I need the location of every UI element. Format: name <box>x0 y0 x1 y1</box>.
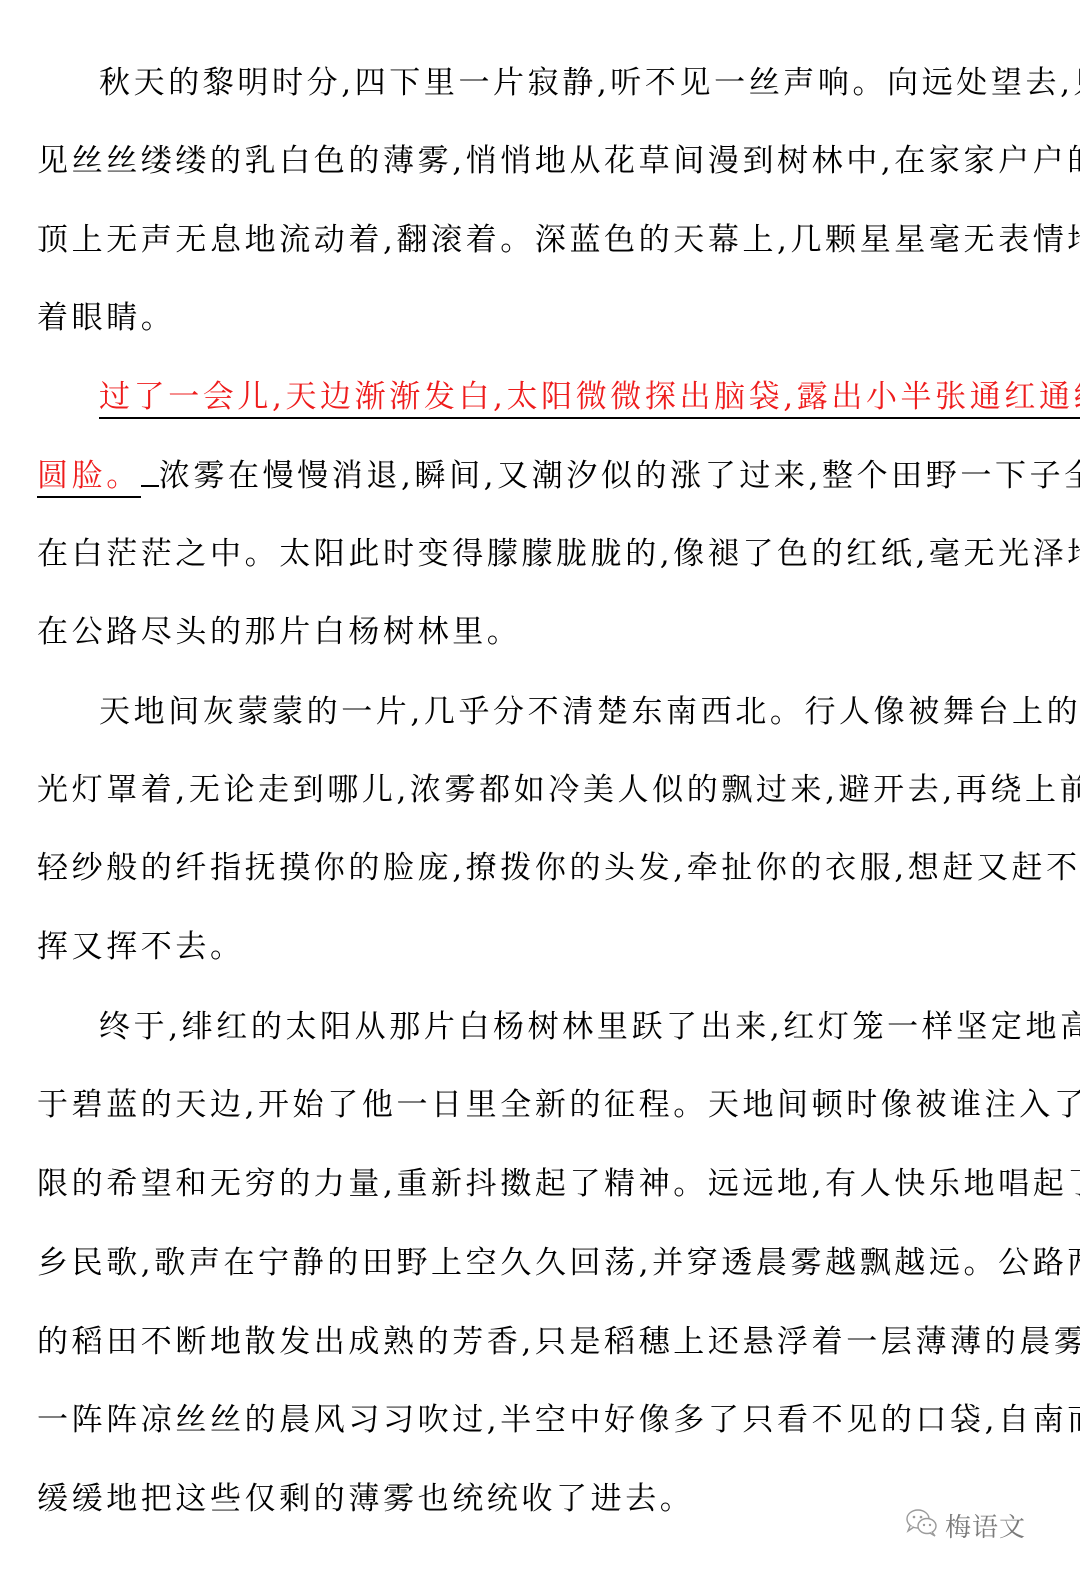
wechat-icon <box>905 1508 939 1542</box>
text-line: 在白茫茫之中。太阳此时变得朦朦胧胧的,像褪了色的红纸,毫无光泽地贴 <box>37 529 1080 579</box>
text-line: 圆脸。浓雾在慢慢消退,瞬间,又潮汐似的涨了过来,整个田野一下子全笼罩 <box>37 451 1080 501</box>
text-line: 的稻田不断地散发出成熟的芳香,只是稻穗上还悬浮着一层薄薄的晨雾。 <box>37 1317 1080 1367</box>
highlighted-sentence-part1: 过了一会儿,天边渐渐发白,太阳微微探出脑袋,露出小半张通红通红的 <box>99 379 1080 419</box>
watermark-text: 梅语文 <box>945 1507 1026 1544</box>
text-line: 着眼睛。 <box>37 293 175 343</box>
text-line: 天地间灰蒙蒙的一片,几乎分不清楚东南西北。行人像被舞台上的聚 <box>99 687 1080 737</box>
text-segment: 浓雾在慢慢消退,瞬间,又潮汐似的涨了过来,整个田野一下子全笼罩 <box>159 458 1080 494</box>
underline-tail <box>141 451 159 487</box>
text-line: 一阵阵凉丝丝的晨风习习吹过,半空中好像多了只看不见的口袋,自南而北 <box>37 1395 1080 1445</box>
text-line: 在公路尽头的那片白杨树林里。 <box>37 607 521 657</box>
watermark: 梅语文 <box>905 1505 1026 1545</box>
text-line: 挥又挥不去。 <box>37 922 245 972</box>
highlighted-line: 过了一会儿,天边渐渐发白,太阳微微探出脑袋,露出小半张通红通红的 <box>99 372 1080 422</box>
highlighted-sentence-part2: 圆脸。 <box>37 458 141 498</box>
text-line: 乡民歌,歌声在宁静的田野上空久久回荡,并穿透晨雾越飘越远。公路两旁 <box>37 1238 1080 1288</box>
text-line: 限的希望和无穷的力量,重新抖擞起了精神。远远地,有人快乐地唱起了水 <box>37 1159 1080 1209</box>
text-line: 光灯罩着,无论走到哪儿,浓雾都如冷美人似的飘过来,避开去,再绕上前,用 <box>37 765 1080 815</box>
text-line: 秋天的黎明时分,四下里一片寂静,听不见一丝声响。向远处望去,只看 <box>99 58 1080 108</box>
text-line: 终于,绯红的太阳从那片白杨树林里跃了出来,红灯笼一样坚定地高悬 <box>99 1002 1080 1052</box>
text-line: 于碧蓝的天边,开始了他一日里全新的征程。天地间顿时像被谁注入了无 <box>37 1080 1080 1130</box>
text-line: 顶上无声无息地流动着,翻滚着。深蓝色的天幕上,几颗星星毫无表情地眨 <box>37 215 1080 265</box>
text-line: 缓缓地把这些仅剩的薄雾也统统收了进去。 <box>37 1474 694 1524</box>
text-line: 见丝丝缕缕的乳白色的薄雾,悄悄地从花草间漫到树林中,在家家户户的房 <box>37 136 1080 186</box>
text-line: 轻纱般的纤指抚摸你的脸庞,撩拨你的头发,牵扯你的衣服,想赶又赶不走,想 <box>37 843 1080 893</box>
